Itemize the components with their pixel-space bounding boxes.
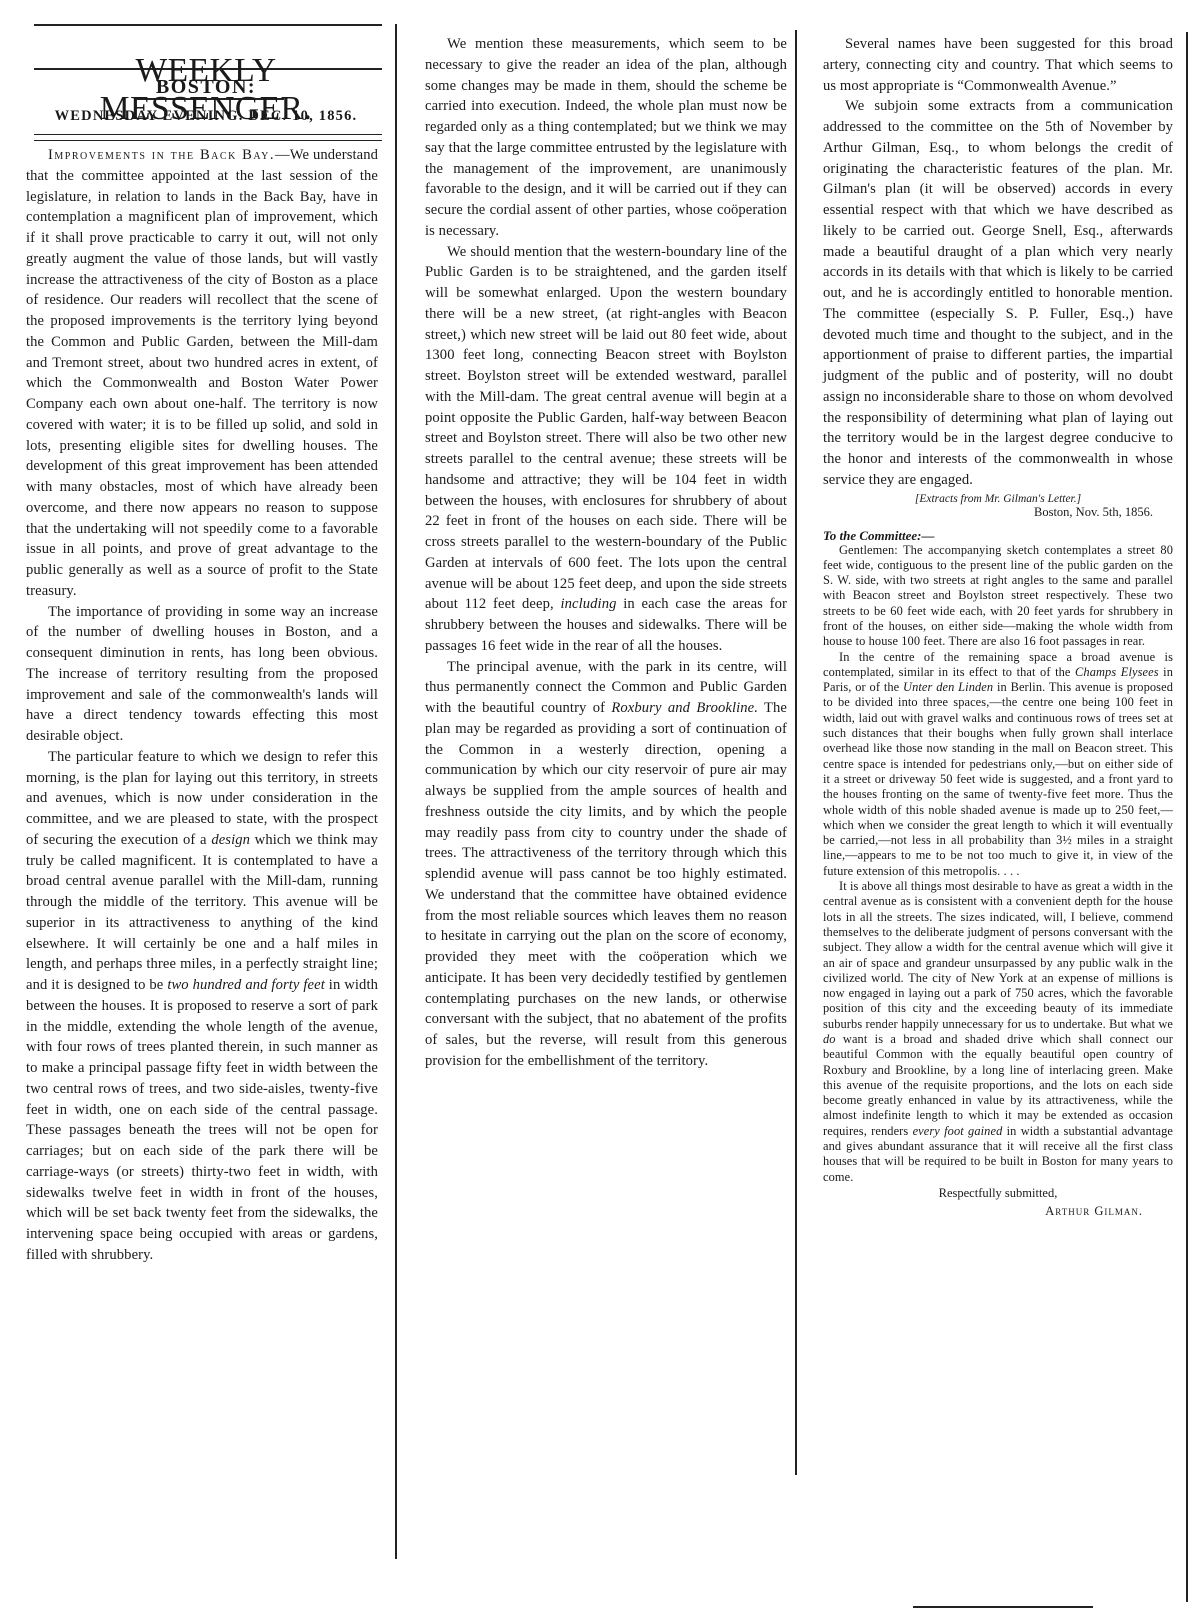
article-paragraph: We should mention that the western-bound…	[425, 242, 787, 657]
letter-place-date: Boston, Nov. 5th, 1856.	[823, 505, 1173, 520]
column-rule-2	[795, 30, 797, 1475]
article-headline: Improvements in the Back Bay.	[48, 147, 275, 163]
article-paragraph: The importance of providing in some way …	[26, 602, 378, 747]
dateline: WEDNESDAY EVENING. DEC. 10, 1856.	[30, 108, 382, 125]
letter-paragraph: In the centre of the remaining space a b…	[823, 650, 1173, 879]
column-rule-3	[1186, 32, 1188, 1602]
column-rule-1	[395, 24, 397, 1559]
masthead-top-rule	[34, 24, 382, 26]
column-3: Several names have been suggested for th…	[823, 34, 1173, 1220]
article-paragraph: Improvements in the Back Bay.—We underst…	[26, 145, 378, 602]
letter-source-note: [Extracts from Mr. Gilman's Letter.]	[823, 493, 1173, 505]
article-paragraph: The principal avenue, with the park in i…	[425, 657, 787, 1072]
dateline-rule-1	[34, 134, 382, 135]
letter-closing: Respectfully submitted,	[823, 1185, 1173, 1202]
letter-paragraph: Gentlemen: The accompanying sketch conte…	[823, 543, 1173, 650]
letter-signature: Arthur Gilman.	[823, 1202, 1173, 1220]
column-2: We mention these measurements, which see…	[425, 34, 787, 1072]
article-paragraph: Several names have been suggested for th…	[823, 34, 1173, 96]
city-heading: BOSTON:	[30, 76, 382, 99]
end-rule	[913, 1606, 1093, 1608]
dateline-rule-2	[34, 140, 382, 141]
committee-letter: To the Committee:— Gentlemen: The accomp…	[823, 528, 1173, 1220]
letter-paragraph: It is above all things most desirable to…	[823, 879, 1173, 1185]
article-paragraph: The particular feature to which we desig…	[26, 747, 378, 1266]
letter-salutation: To the Committee:—	[823, 528, 1173, 543]
article-paragraph: We subjoin some extracts from a communic…	[823, 96, 1173, 490]
article-paragraph: We mention these measurements, which see…	[425, 34, 787, 242]
